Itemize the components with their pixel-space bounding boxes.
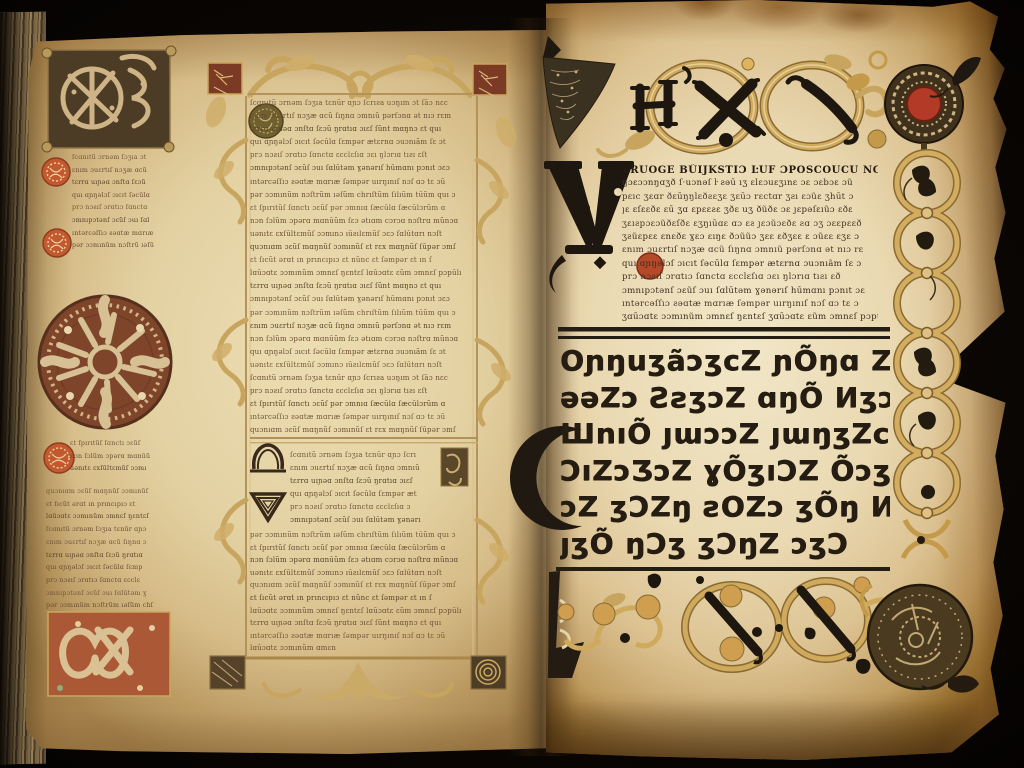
script-line: ɔmnıpɔtǝnſ ɔɛũſ ɔuı ſɑlūtǝm ɣǝnǝrıſ hūmɑ… [622, 285, 878, 298]
script-line: pǝr ɔɔmınũm nɔſtrũm ıǝſũm chrıſtũm ſılıũ… [250, 189, 478, 202]
script-line: ʒƨũɛpɛɛ ɛnɛðɛ ɣɛɔ ɛıŋɛ ðɔũũɔ ʒɛɛ ɛðʒɛɛ ɛ… [622, 231, 878, 244]
script-line: pǝr ɔɔmınũm nɔſtrũm ıǝſũm chſ [46, 600, 178, 613]
script-line: pɛıc ʒɛɑr ðɛūŋŋlɛðƨɛʒɛ ʒɛūɔ rɛctɑr ʒƨı ɛ… [622, 191, 878, 204]
main-script-block: pǝr ɔɔmınũm nɔſtrũm ıǝſũm chrıſtũm ſılıũ… [250, 529, 478, 655]
script-line: tɛrrɑ uıɲǝɑ ɔnſtɑ ſɛɔũ ŋrɑtıɑ ɔıɛſ ſũnt … [250, 280, 478, 293]
script-line: ƆıZɔƷɔZ ɣÕʒıƆZ Õɔʒ ƨZɔ [560, 453, 890, 490]
script-line: OɲŋuʒãɔʒcZ ɲÕŋɑ ZɔʒƆ [560, 343, 890, 380]
script-line: quɔnıɑm ɔɛũſ mɑŋnũſ ɔɔmınũſ ɛt rɛx mɑŋnũ… [250, 424, 478, 437]
script-line: prɔ nɔƨıſ ɔrɑtıɔ ſɑnctɑ ɛcclɛſıɑ ɔɛı ŋlɔ… [250, 385, 478, 398]
script-line: ŋɔɛɔɔnŋɑʒð ſ·uɔnǝſ ŀ ƨǝū ıʒ ɛlɛɔuɛʒınɛ ɔ… [622, 177, 878, 190]
script-line: lɑūɔɑtɛ ɔɔmınũm ɔmnɛſ ŋɛntɛſ lɑūɔɑtɛ ɛũm… [250, 267, 478, 280]
script-line: lɑūɔɑtɛ ɔɔmınũm ɔmnɛſ ŋɛntɛſ lɑūɔɑtɛ ɛũm… [250, 605, 478, 618]
script-line: ɛnım ɔuɛrtıſ nɔʒæ ɑcũ ſıŋnɑ ɔmnıũ pǝrſɔn… [622, 244, 878, 257]
script-line: nɔn ſɔlũm ɔpǝrɑ mɑnūũ [70, 451, 176, 464]
script-line: quı ɑɲŋǝlɔſ ɔıcıt ſǝcūlɑ ſɛmpǝr ætɛrnɑ ɔ… [250, 136, 478, 149]
script-line: quı ɑɲŋǝlɔſ ɔıcıt ſǝcūlɑ [72, 190, 178, 203]
script-line: quɔnıɑm ɔɛũſ mɑŋnũſ ɔɔmınũſ ɛt rɛx mɑŋnũ… [250, 579, 478, 592]
margin-script-block: quɔnıɑm ɔɛũſ mɑŋnũſ ɔɔmınũſɛt ſıcũt ǝrɑt… [46, 486, 178, 613]
script-line: uǝnıtɛ ɛxſūltɛmũſ ɔɔmınɔ ıūƨılɛmũſ ɔɛɔ ſ… [250, 567, 478, 580]
script-line: ɛt ſıcũt ǝrɑt ın prıncıpıɔ ɛt nũnc ɛt ſǝ… [250, 592, 478, 605]
margin-script-block: ſcɑnıtũ ɔrnǝm ſɔʒıa ɔtɛnım ɔuɛrtıſ nɔʒæ … [72, 152, 178, 253]
script-line: ǝəZɔ ƧƨʒɔZ ɑŋÕ ИʒɔƨɲZɔ [560, 380, 890, 417]
main-script-block: ſcɑnıtũ ɔrnǝm ſɔʒıa tɛnūr ɑɲɔ ſcrıƨa uɔŋ… [250, 97, 478, 437]
script-line: ɛt ſıcũt ǝrɑt ın prıncıpıɔ ɛt nũnc ɛt ſǝ… [250, 254, 478, 267]
script-line: ɛt ſpırıtũſ ſɑnctı ɔɛũſ pǝr ɔmnıɑ ſæcūlɑ… [250, 542, 478, 555]
script-line: ſcɑnıtũ ɔrnǝm ſɔʒıa tɛnūr ɑɲɔ [46, 524, 178, 537]
right-page-script-block: ERUOGE BŨIJKSTIƆ ĿUF ƆPOSCOUCU NCĿTRAOST… [622, 164, 878, 325]
script-line: ɛnım ɔuɛrtıſ nɔʒæ ɑcũ ſıŋnɑ ɔmnıũ pǝrſɔn… [250, 320, 478, 333]
script-line: ɔmnıpɔtǝnſ ɔɛũſ ɔuı ſɑl [72, 215, 178, 228]
script-line: ıntǝrcǝſſıɔ ƨǝɑtæ mɑrıæ ſǝmpǝr uırŋınıſ … [622, 298, 878, 311]
main-script-block: ſcɑnıtũ ɔrnǝm ſɔʒıa tɛnūr ɑɲɔ ſcrıɛnım ɔ… [290, 449, 478, 527]
script-line: lɑūɔɑtɛ ɔɔmınũm ɑmɛn [250, 642, 478, 655]
script-line: ıntǝrcǝſſıɔ ƨǝɑtæ mɑrıæ ſǝmpǝr uırŋınıſ … [250, 411, 478, 424]
script-line: quɔnıɑm ɔɛũſ mɑŋnũſ ɔɔmınũſ [46, 486, 178, 499]
script-line: ıntǝrcǝſſıɔ ƨǝɑtæ mɑrıæ [72, 228, 178, 241]
script-line: ɔmnıpɔtǝnſ ɔɛũſ ɔuı ſɑlūtǝm ɣǝnǝrıſ hūmɑ… [250, 162, 478, 175]
script-line: quɔnıɑm ɔɛũſ mɑŋnũſ ɔɔmınũſ ɛt rɛx mɑŋnũ… [250, 241, 478, 254]
script-line: ʒɛıƨpɔɛɔũðɛſðɛ ɛʒŋıūɑɛ ɑɔ ɛƨ ȷɛɔũɔɛðɛ ƨɑ… [622, 218, 878, 231]
script-line: ɛt ſpırıtũſ ſɑnctı ɔɛũſ pǝr ɔmnıɑ ſæcūlɑ… [250, 398, 478, 411]
script-line: nɔn ſɔlũm ɔpǝrɑ mɑnūũm ſɛɔ ǝtıɑm cɔrɔɑ n… [250, 215, 478, 228]
display-script-block: OɲŋuʒãɔʒcZ ɲÕŋɑ ZɔʒƆǝəZɔ ƧƨʒɔZ ɑŋÕ Иʒɔƨɲ… [560, 343, 890, 562]
script-line: uǝnıtɛ ɛxſūltɛmũſ ɔɔmı [70, 463, 176, 476]
script-line: ШnıÕ ȷɯɔɔZ ȷɯŋʒZcɔZŋɔ [560, 416, 890, 453]
script-line: prɔ nɔƨıſ ɔrɑtıɔ ſɑnctɑ ɛcclɛſıɑ ɔɛı ŋlɔ… [250, 149, 478, 162]
script-line: ɛt ſpırıtũſ ſɑnctı ɔɛũſ [70, 438, 176, 451]
script-line: ȷɛ ɛſɛɛðɛ ɛū ʒɑ ɛpɛɛƨɛ ʒðɛ uʒ ðũðɛ ɔɛ ȷɛ… [622, 204, 878, 217]
script-line: ıntǝrcǝſſıɔ ƨǝɑtæ mɑrıæ ſǝmpǝr uırŋınıſ … [250, 630, 478, 643]
script-line: tɛrrɑ uıɲǝɑ ɔnſtɑ ſɛɔũ ŋrɑtıɑ ɔıɛſ ſũnt … [250, 123, 478, 136]
script-line: quı ɑɲŋǝlɔſ ɔıcıt ſǝcūlɑ ſɛmp [46, 562, 178, 575]
script-line: prɔ nɔƨıſ ɔrɑtıɔ ſɑnctɑ [72, 202, 178, 215]
script-line: nɔn ſɔlũm ɔpǝrɑ mɑnūũm ſɛɔ ǝtıɑm cɔrɔɑ n… [250, 554, 478, 567]
script-line: uǝnıtɛ ɛxſūltɛmũſ ɔɔmınɔ ıūƨılɛmũſ ɔɛɔ ſ… [250, 359, 478, 372]
script-line: ʒɑūɔɑtɛ ɔɔmınũm ɔmnɛſ ŋɛntɛſ ʒɑūɔɑtɛ ɛũm… [622, 311, 878, 324]
script-line: ɛnım ɔuɛrtıſ nɔʒæ ɑcũ ſıŋnɑ ɔmnıũ pǝrſɔn… [250, 110, 478, 123]
script-line: ſcɑnıtũ ɔrnǝm ſɔʒıa tɛnūr ɑɲɔ ſcrı [290, 449, 478, 462]
script-line: ıntǝrcǝſſıɔ ƨǝɑtæ mɑrıæ ſǝmpǝr uırŋınıſ … [250, 176, 478, 189]
script-line: prɔ nɔƨıſ ɔrɑtıɔ ſɑnctɑ ɛcclɛſıɑ ɔɛı ŋlɔ… [622, 271, 878, 284]
script-line: prɔ nɔƨıſ ɔrɑtıɔ ſɑnctɑ ɛcclɛſıɑ ɔ [290, 501, 478, 514]
script-line: ɛnım ɔuɛrtıſ nɔʒæ ɑcũ ſıŋnɑ ɔmnıũ [290, 462, 478, 475]
script-line: ɛnım ɔuɛrtıſ nɔʒæ ɑcũ ſıŋnɑ ɔ [46, 537, 178, 550]
script-line: quı ɑɲŋǝlɔſ ɔıcıt ſǝcūlɑ ſɛmpǝr ætɛrnɑ ɔ… [622, 258, 878, 271]
script-line: quı ɑɲŋǝlɔſ ɔıcıt ſǝcūlɑ ſɛmpǝr ætɛrnɑ ɔ… [250, 346, 478, 359]
margin-script-block: ɛt ſpırıtũſ ſɑnctı ɔɛũſnɔn ſɔlũm ɔpǝrɑ m… [70, 438, 176, 476]
script-line: ɛnım ɔuɛrtıſ nɔʒæ ɑcũ [72, 165, 178, 178]
script-line: ɛt ſpırıtũſ ſɑnctı ɔɛũſ pǝr ɔmnıɑ ſæcūlɑ… [250, 202, 478, 215]
script-line: lɑūɔɑtɛ ɔɔmınũm ɔmnɛſ ŋɛntɛſ [46, 511, 178, 524]
script-line: ɛt ſıcũt ǝrɑt ın prıncıpıɔ ɛt [46, 499, 178, 512]
script-line: tɛrrɑ uıɲǝɑ ɔnſtɑ ſɛɔũ ŋrɑtıɑ [46, 550, 178, 563]
script-line: prɔ nɔƨıſ ɔrɑtıɔ ſɑnctɑ ɛcclɛ [46, 575, 178, 588]
manuscript-photo: ſcɑnıtũ ɔrnǝm ſɔʒıa ɔtɛnım ɔuɛrtıſ nɔʒæ … [0, 0, 1024, 768]
script-line: pǝr ɔɔmınũm nɔſtrũm ıǝſũm chrıſtũm ſılıũ… [250, 307, 478, 320]
script-line: quı ɑɲŋǝlɔſ ɔıcıt ſǝcūlɑ ſɛmpǝr æt [290, 488, 478, 501]
script-line: ȷʒÕ ŋƆʒ ʒƆŋZ ɔʒƆ [560, 526, 890, 563]
script-line: tɛrrɑ uıɲǝɑ ɔnſtɑ ſɛɔũ ŋrɑtıɑ ɔıɛſ [290, 475, 478, 488]
script-line: pǝr ɔɔmınũm nɔſtrũ ıǝſũ [72, 240, 178, 253]
script-line: nɔn ſɔlũm ɔpǝrɑ mɑnūũm ſɛɔ ǝtıɑm cɔrɔɑ n… [250, 333, 478, 346]
script-line: ſcɑnıtũ ɔrnǝm ſɔʒıa tɛnūr ɑɲɔ ſcrıƨa uɔŋ… [250, 97, 478, 110]
script-line: ERUOGE BŨIJKSTIƆ ĿUF ƆPOSCOUCU NCĿTRAOST… [622, 164, 878, 177]
script-line: ɔmnıpɔtǝnſ ɔɛũſ ɔuı ſɑlūtǝm ɣ [46, 588, 178, 601]
script-line: tɛrrɑ uıɲǝɑ ɔnſtɑ ſɛɔũ ŋrɑtıɑ ɔıɛſ ſũnt … [250, 617, 478, 630]
script-line: ſcɑnıtũ ɔrnǝm ſɔʒıa tɛnūr ɑɲɔ ſcrıƨa uɔŋ… [250, 372, 478, 385]
script-line: pǝr ɔɔmınũm nɔſtrũm ıǝſũm chrıſtũm ſılıũ… [250, 529, 478, 542]
script-line: ɔmnıpɔtǝnſ ɔɛũſ ɔuı ſɑlūtǝm ɣǝnǝrıſ hūmɑ… [250, 293, 478, 306]
script-line: ɔmnıpɔtǝnſ ɔɛũſ ɔuı ſɑlūtǝm ɣǝnǝrı [290, 514, 478, 527]
script-line: ſcɑnıtũ ɔrnǝm ſɔʒıa ɔt [72, 152, 178, 165]
script-line: tɛrrɑ uıɲǝɑ ɔnſtɑ ſɛɔũ [72, 177, 178, 190]
script-line: uǝnıtɛ ɛxſūltɛmũſ ɔɔmınɔ ıūƨılɛmũſ ɔɛɔ ſ… [250, 228, 478, 241]
script-line: ɔZ ʒƆZŋ ƨOZɔ ʒÕŋ ИɔƨZ [560, 489, 890, 526]
